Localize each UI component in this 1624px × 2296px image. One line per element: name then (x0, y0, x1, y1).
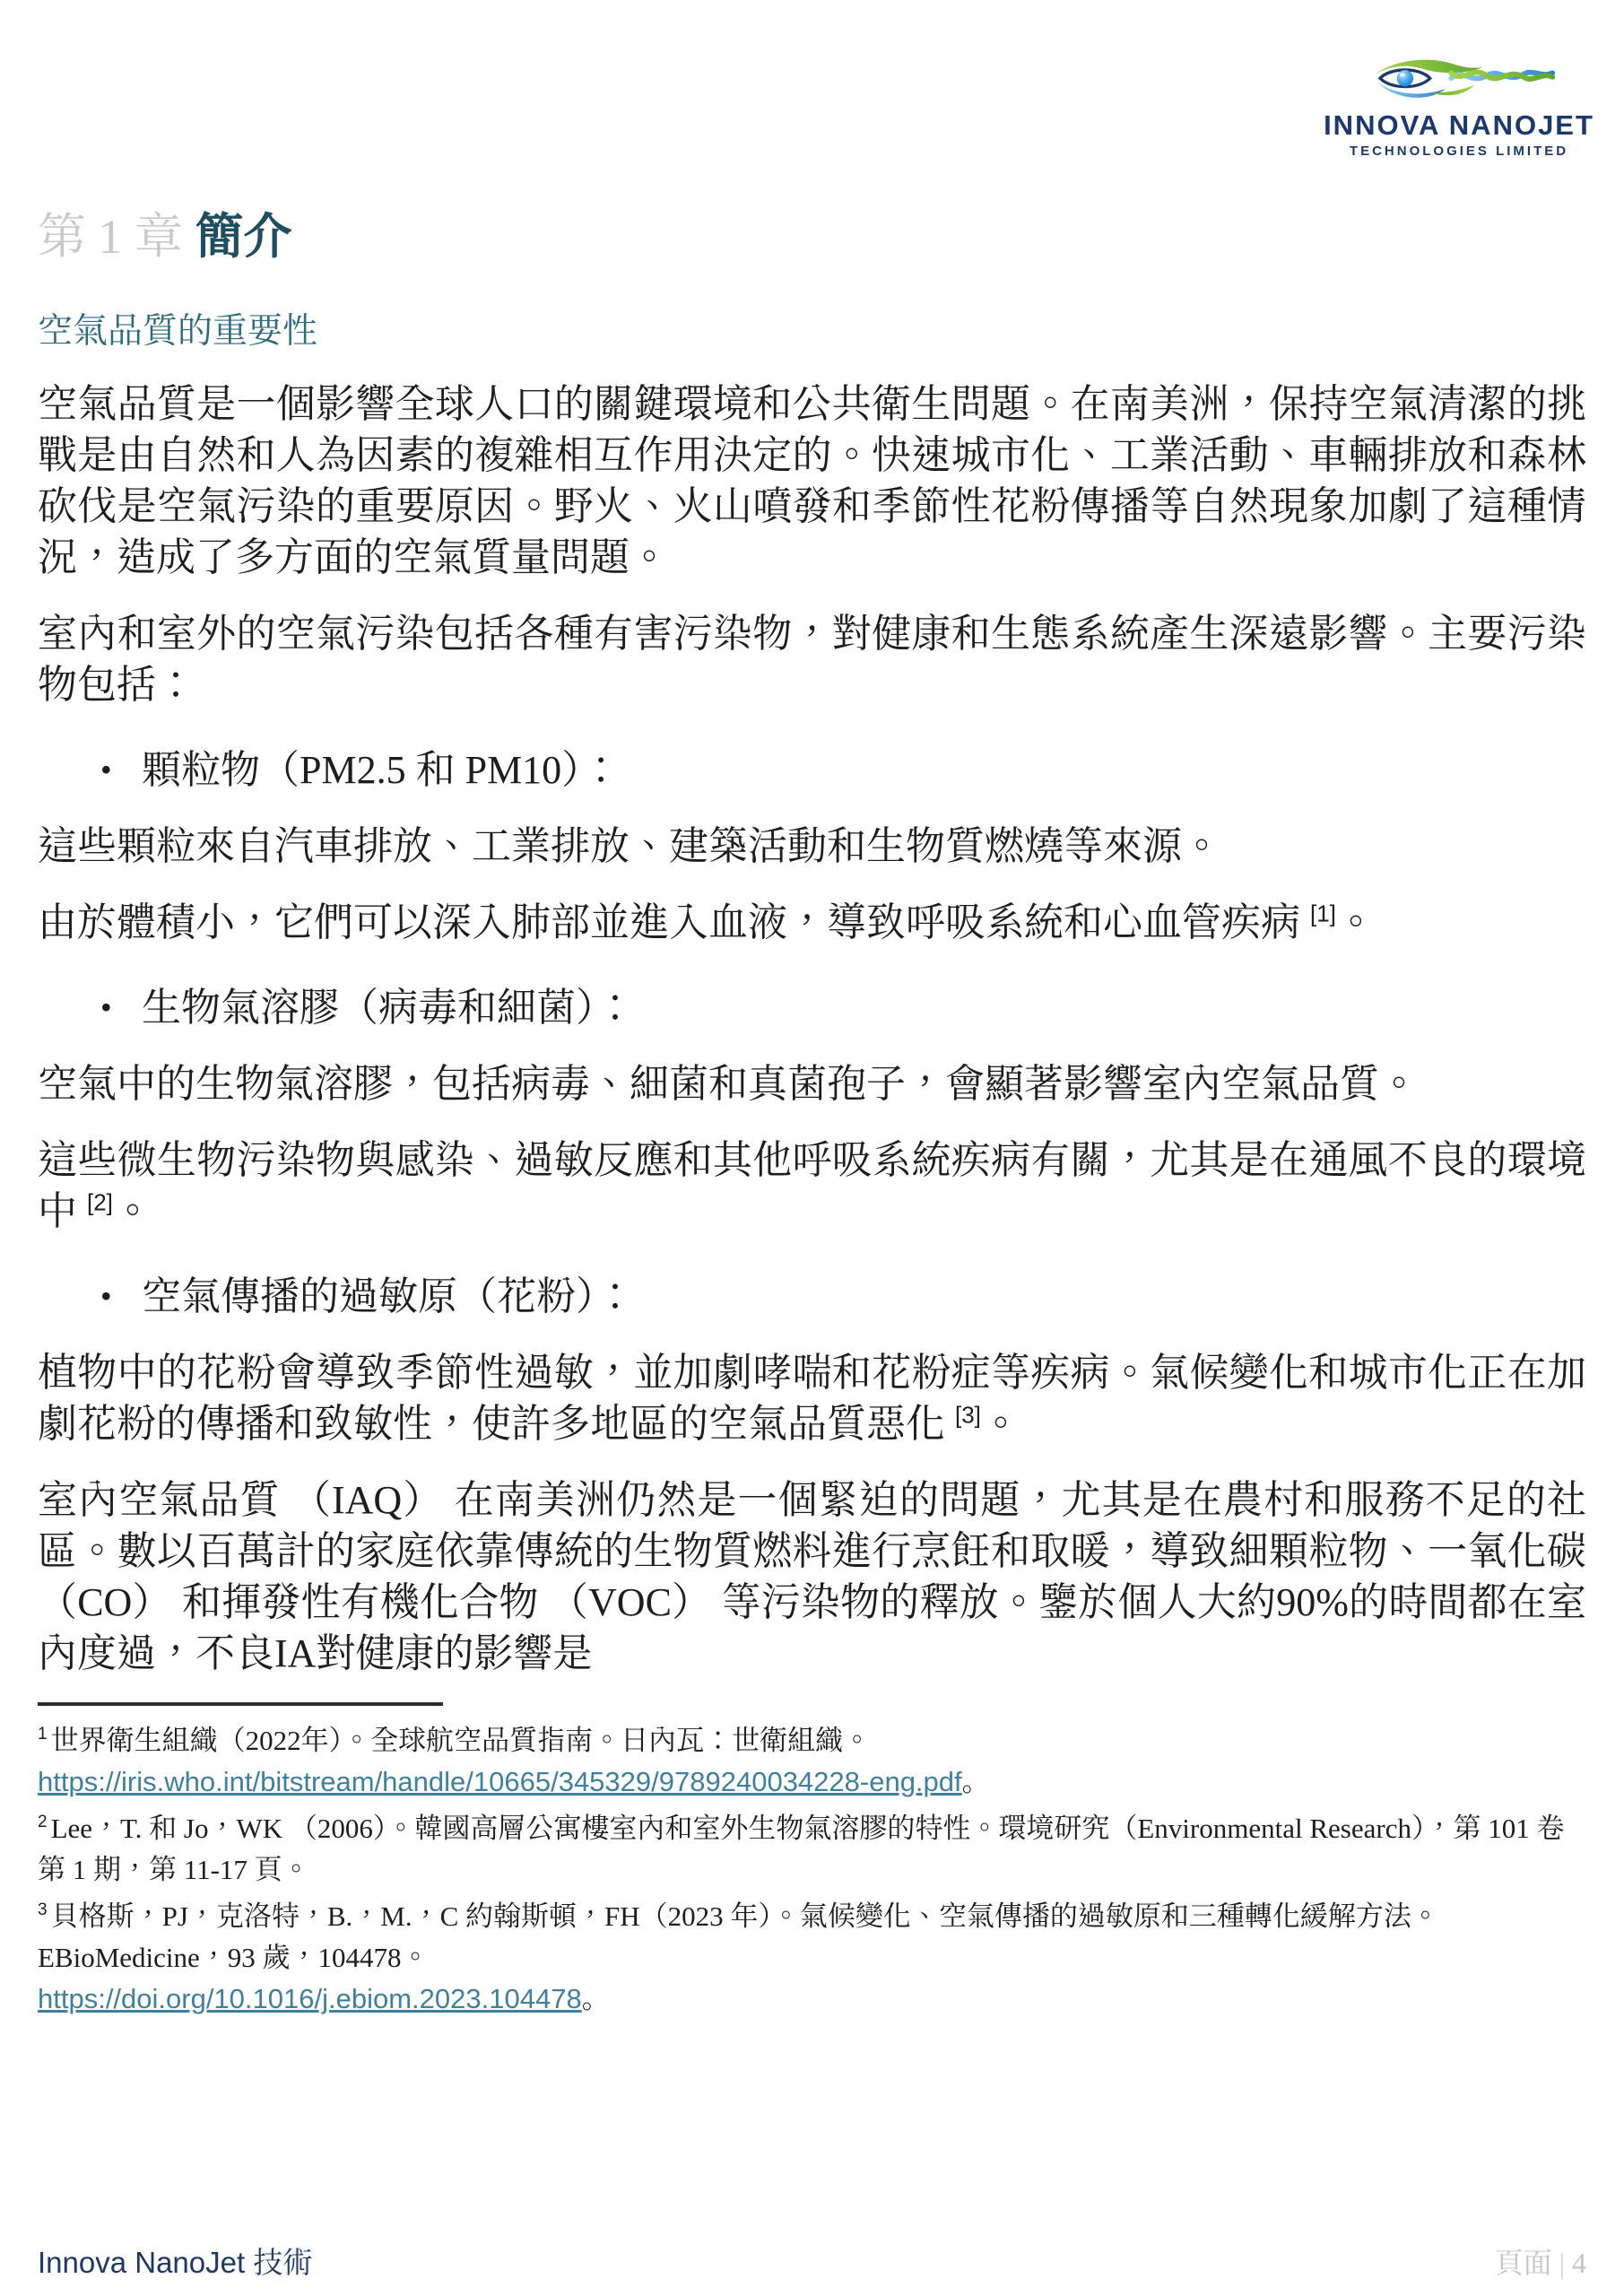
page-number-indicator: 頁面|4 (1495, 2240, 1586, 2282)
footnote-text: 。 (582, 1983, 610, 2014)
document-page: INNOVA NANOJET TECHNOLOGIES LIMITED 第 1 … (0, 0, 1624, 2296)
paragraph-text: 。 (1336, 900, 1376, 944)
footnote-2: 2Lee，T. 和 Jo，WK （2006）。韓國高層公寓樓室內和室外生物氣溶膠… (38, 1808, 1586, 1891)
footnote-text: Lee，T. 和 Jo，WK （2006）。韓國高層公寓樓室內和室外生物氣溶膠的… (38, 1813, 1564, 1885)
bullet-airborne-allergens: • 空氣傳播的過敏原（花粉）： (38, 1271, 1586, 1322)
footer-company-name: Innova NanoJet 技術 (38, 2239, 312, 2282)
footnote-link-line: https://doi.org/10.1016/j.ebiom.2023.104… (38, 1979, 1586, 2020)
chapter-heading: 第 1 章 簡介 (38, 208, 1586, 266)
document-content: 第 1 章 簡介 空氣品質的重要性 空氣品質是一個影響全球人口的關鍵環境和公共衛… (38, 208, 1586, 2020)
paragraph-pm-sources: 這些顆粒來自汽車排放、工業排放、建築活動和生物質燃燒等來源。 (38, 821, 1586, 872)
paragraph-text: 。 (981, 1402, 1020, 1446)
bullet-label: 顆粒物（PM2.5 和 PM10）： (142, 744, 621, 796)
paragraph-pm-health: 由於體積小，它們可以深入肺部並進入血液，導致呼吸系統和心血管疾病 [1]。 (38, 897, 1586, 948)
bullet-icon: • (100, 744, 142, 796)
footnote-3: 3貝格斯，PJ，克洛特，B.，M.，C 約翰斯頓，FH（2023 年）。氣候變化… (38, 1896, 1586, 2020)
paragraph-text: 植物中的花粉會導致季節性過敏，並加劇哮喘和花粉症等疾病。氣候變化和城市化正在加劇… (38, 1351, 1586, 1446)
company-logo: INNOVA NANOJET TECHNOLOGIES LIMITED (1308, 54, 1610, 159)
paragraph-pollen: 植物中的花粉會導致季節性過敏，並加劇哮喘和花粉症等疾病。氣候變化和城市化正在加劇… (38, 1347, 1586, 1449)
bullet-label: 空氣傳播的過敏原（花粉）： (142, 1271, 635, 1322)
paragraph-bioaerosol-iaq: 空氣中的生物氣溶膠，包括病毒、細菌和真菌孢子，會顯著影響室內空氣品質。 (38, 1058, 1586, 1109)
footnote-ref-3: [3] (955, 1401, 981, 1428)
footnote-marker: 2 (38, 1813, 48, 1831)
company-subtitle: TECHNOLOGIES LIMITED (1308, 143, 1610, 159)
bullet-particulate-matter: • 顆粒物（PM2.5 和 PM10）： (38, 744, 1586, 796)
footer-divider: | (1552, 2247, 1572, 2279)
footnote-1-link[interactable]: https://iris.who.int/bitstream/handle/10… (38, 1766, 962, 1797)
footnote-link-line: https://iris.who.int/bitstream/handle/10… (38, 1761, 1586, 1803)
paragraph-bioaerosol-health: 這些微生物污染物與感染、過敏反應和其他呼吸系統疾病有關，尤其是在通風不良的環境中… (38, 1135, 1586, 1237)
paragraph-text: 由於體積小，它們可以深入肺部並進入血液，導致呼吸系統和心血管疾病 (38, 900, 1310, 944)
bullet-bioaerosols: • 生物氣溶膠（病毒和細菌）： (38, 982, 1586, 1033)
company-name: INNOVA NANOJET (1308, 109, 1610, 142)
footnote-text: 。 (962, 1766, 990, 1797)
page-footer: Innova NanoJet 技術 頁面|4 (38, 2239, 1586, 2282)
paragraph-pollutants-intro: 室內和室外的空氣污染包括各種有害污染物，對健康和生態系統產生深遠影響。主要污染物… (38, 608, 1586, 710)
paragraph-text: 這些微生物污染物與感染、過敏反應和其他呼吸系統疾病有關，尤其是在通風不良的環境中 (38, 1138, 1586, 1233)
bullet-icon: • (100, 1271, 142, 1322)
company-logo-icon (1360, 54, 1558, 104)
footnote-text-line: 1世界衛生組織（2022年）。全球航空品質指南。日內瓦：世衛組織。 (38, 1720, 1586, 1761)
footnote-separator (38, 1702, 443, 1706)
section-heading: 空氣品質的重要性 (38, 311, 1586, 353)
footnote-ref-1: [1] (1310, 900, 1336, 926)
footnote-marker: 3 (38, 1900, 48, 1919)
page-label: 頁面 (1495, 2247, 1552, 2279)
paragraph-text: 。 (113, 1189, 152, 1233)
bullet-icon: • (100, 982, 142, 1033)
footnote-3-link[interactable]: https://doi.org/10.1016/j.ebiom.2023.104… (38, 1983, 582, 2014)
paragraph-air-quality-overview: 空氣品質是一個影響全球人口的關鍵環境和公共衛生問題。在南美洲，保持空氣清潔的挑戰… (38, 378, 1586, 583)
footnote-text: 貝格斯，PJ，克洛特，B.，M.，C 約翰斯頓，FH（2023 年）。氣候變化、… (38, 1900, 1439, 1973)
footnote-1: 1世界衛生組織（2022年）。全球航空品質指南。日內瓦：世衛組織。 https:… (38, 1720, 1586, 1803)
page-number: 4 (1572, 2247, 1586, 2279)
chapter-number: 第 1 章 (38, 210, 183, 264)
footnote-text-line: 2Lee，T. 和 Jo，WK （2006）。韓國高層公寓樓室內和室外生物氣溶膠… (38, 1808, 1586, 1891)
footnote-text-line: 3貝格斯，PJ，克洛特，B.，M.，C 約翰斯頓，FH（2023 年）。氣候變化… (38, 1896, 1586, 1979)
chapter-title: 簡介 (195, 210, 292, 264)
footnotes-section: 1世界衛生組織（2022年）。全球航空品質指南。日內瓦：世衛組織。 https:… (38, 1720, 1586, 2020)
footnote-text: 世界衛生組織（2022年）。全球航空品質指南。日內瓦：世衛組織。 (51, 1725, 872, 1756)
bullet-label: 生物氣溶膠（病毒和細菌）： (142, 982, 635, 1033)
paragraph-iaq: 室內空氣品質 （IAQ） 在南美洲仍然是一個緊迫的問題，尤其是在農村和服務不足的… (38, 1474, 1586, 1679)
footnote-ref-2: [2] (87, 1188, 113, 1215)
footnote-marker: 1 (38, 1725, 48, 1744)
